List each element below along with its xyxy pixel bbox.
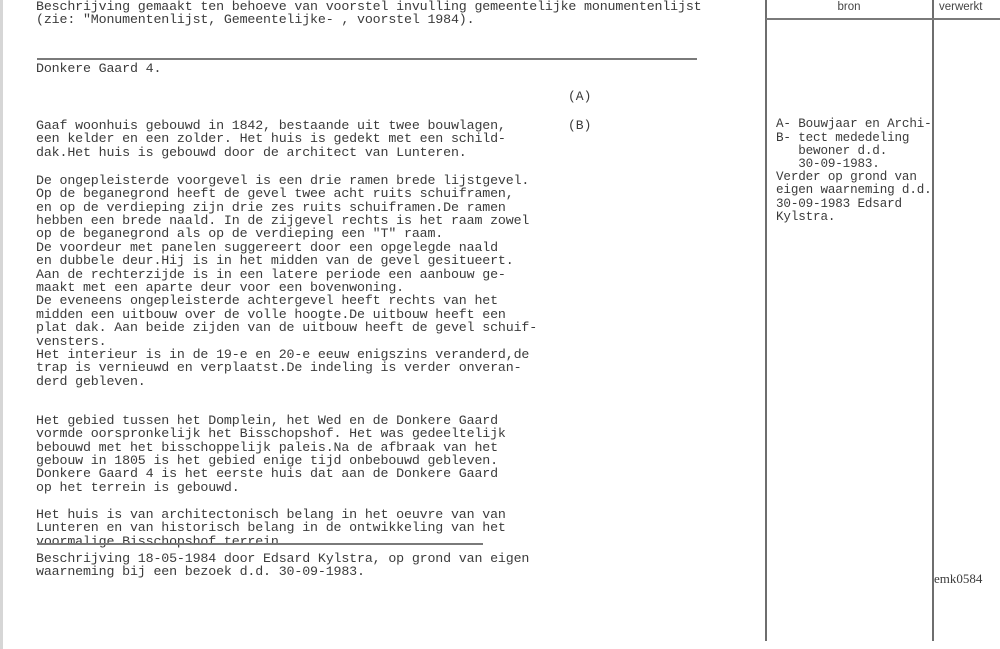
document-title: Donkere Gaard 4. (36, 62, 161, 75)
page-edge (0, 0, 3, 649)
column-header-rule (766, 18, 1000, 20)
p2-line: op de beganegrond als op de verdieping e… (36, 227, 537, 240)
p2-line: hebben een brede naald. In de zijgevel r… (36, 214, 537, 227)
p4-line: Lunteren en van historisch belang in de … (36, 521, 506, 534)
p4-line: voormalige Bisschopshof terrein. (36, 535, 506, 548)
p2-line: De eveneens ongepleisterde achtergevel h… (36, 294, 537, 307)
bron-line: bewoner d.d. (776, 145, 932, 158)
p2-line: trap is vernieuwd en verplaatst.De indel… (36, 361, 537, 374)
p1-line: een kelder en een zolder. Het huis is ge… (36, 132, 506, 145)
p2-line: Het interieur is in de 19-e en 20-e eeuw… (36, 348, 537, 361)
bron-line: B- tect mededeling (776, 132, 932, 145)
bron-notes: A- Bouwjaar en Archi-B- tect mededeling … (776, 92, 932, 237)
p2-line: Aan de rechterzijde is in een latere per… (36, 268, 537, 281)
header-line-2: (zie: "Monumentenlijst, Gemeentelijke- ,… (36, 13, 702, 26)
p3-line: bebouwd met het bisschoppelijk paleis.Na… (36, 441, 506, 454)
p2-line: plat dak. Aan beide zijden van de uitbou… (36, 321, 537, 334)
ref-mark-b: (B) (568, 118, 591, 133)
verwerkt-code: emk0584 (934, 572, 982, 585)
footer-line-1: Beschrijving 18-05-1984 door Edsard Kyls… (36, 552, 529, 565)
p2-line: en op de verdieping zijn drie zes ruits … (36, 201, 537, 214)
column-header-bron: bron (766, 1, 932, 13)
p2-line: De ongepleisterde voorgevel is een drie … (36, 174, 537, 187)
p4-line: Het huis is van architectonisch belang i… (36, 508, 506, 521)
p3-line: Het gebied tussen het Domplein, het Wed … (36, 414, 506, 427)
p2-line: maakt met een aparte deur voor een boven… (36, 281, 537, 294)
p2-line: vensters. (36, 335, 537, 348)
paragraph-2: De ongepleisterde voorgevel is een drie … (36, 147, 537, 401)
p2-line: Op de beganegrond heeft de gevel twee ac… (36, 187, 537, 200)
p2-line: De voordeur met panelen suggereert door … (36, 241, 537, 254)
footer-text: Beschrijving 18-05-1984 door Edsard Kyls… (36, 552, 529, 579)
bron-line: eigen waarneming d.d. (776, 184, 932, 197)
paragraph-4: Het huis is van architectonisch belang i… (36, 481, 506, 561)
footer-separator (37, 543, 483, 545)
footer-line-2: waarneming bij een bezoek d.d. 30-09-198… (36, 565, 529, 578)
column-header-verwerkt: verwerkt (939, 1, 982, 13)
p3-line: vormde oorspronkelijk het Bisschopshof. … (36, 427, 506, 440)
bron-line: 30-09-1983 Edsard (776, 198, 932, 211)
header-line-1: Beschrijving gemaakt ten behoeve van voo… (36, 0, 702, 13)
bron-line: Kylstra. (776, 211, 932, 224)
ref-mark-a: (A) (568, 89, 591, 104)
header-text: Beschrijving gemaakt ten behoeve van voo… (36, 0, 702, 27)
p3-line: Donkere Gaard 4 is het eerste huis dat a… (36, 467, 506, 480)
p3-line: gebouw in 1805 is het gebied enige tijd … (36, 454, 506, 467)
title-separator (37, 58, 697, 60)
p1-line: Gaaf woonhuis gebouwd in 1842, bestaande… (36, 119, 506, 132)
verwerkt-column-divider (932, 0, 934, 641)
p2-line: en dubbele deur.Hij is in het midden van… (36, 254, 537, 267)
p2-line: midden een uitbouw over de volle hoogte.… (36, 308, 537, 321)
bron-line: A- Bouwjaar en Archi- (776, 118, 932, 131)
bron-column-divider (765, 0, 767, 641)
